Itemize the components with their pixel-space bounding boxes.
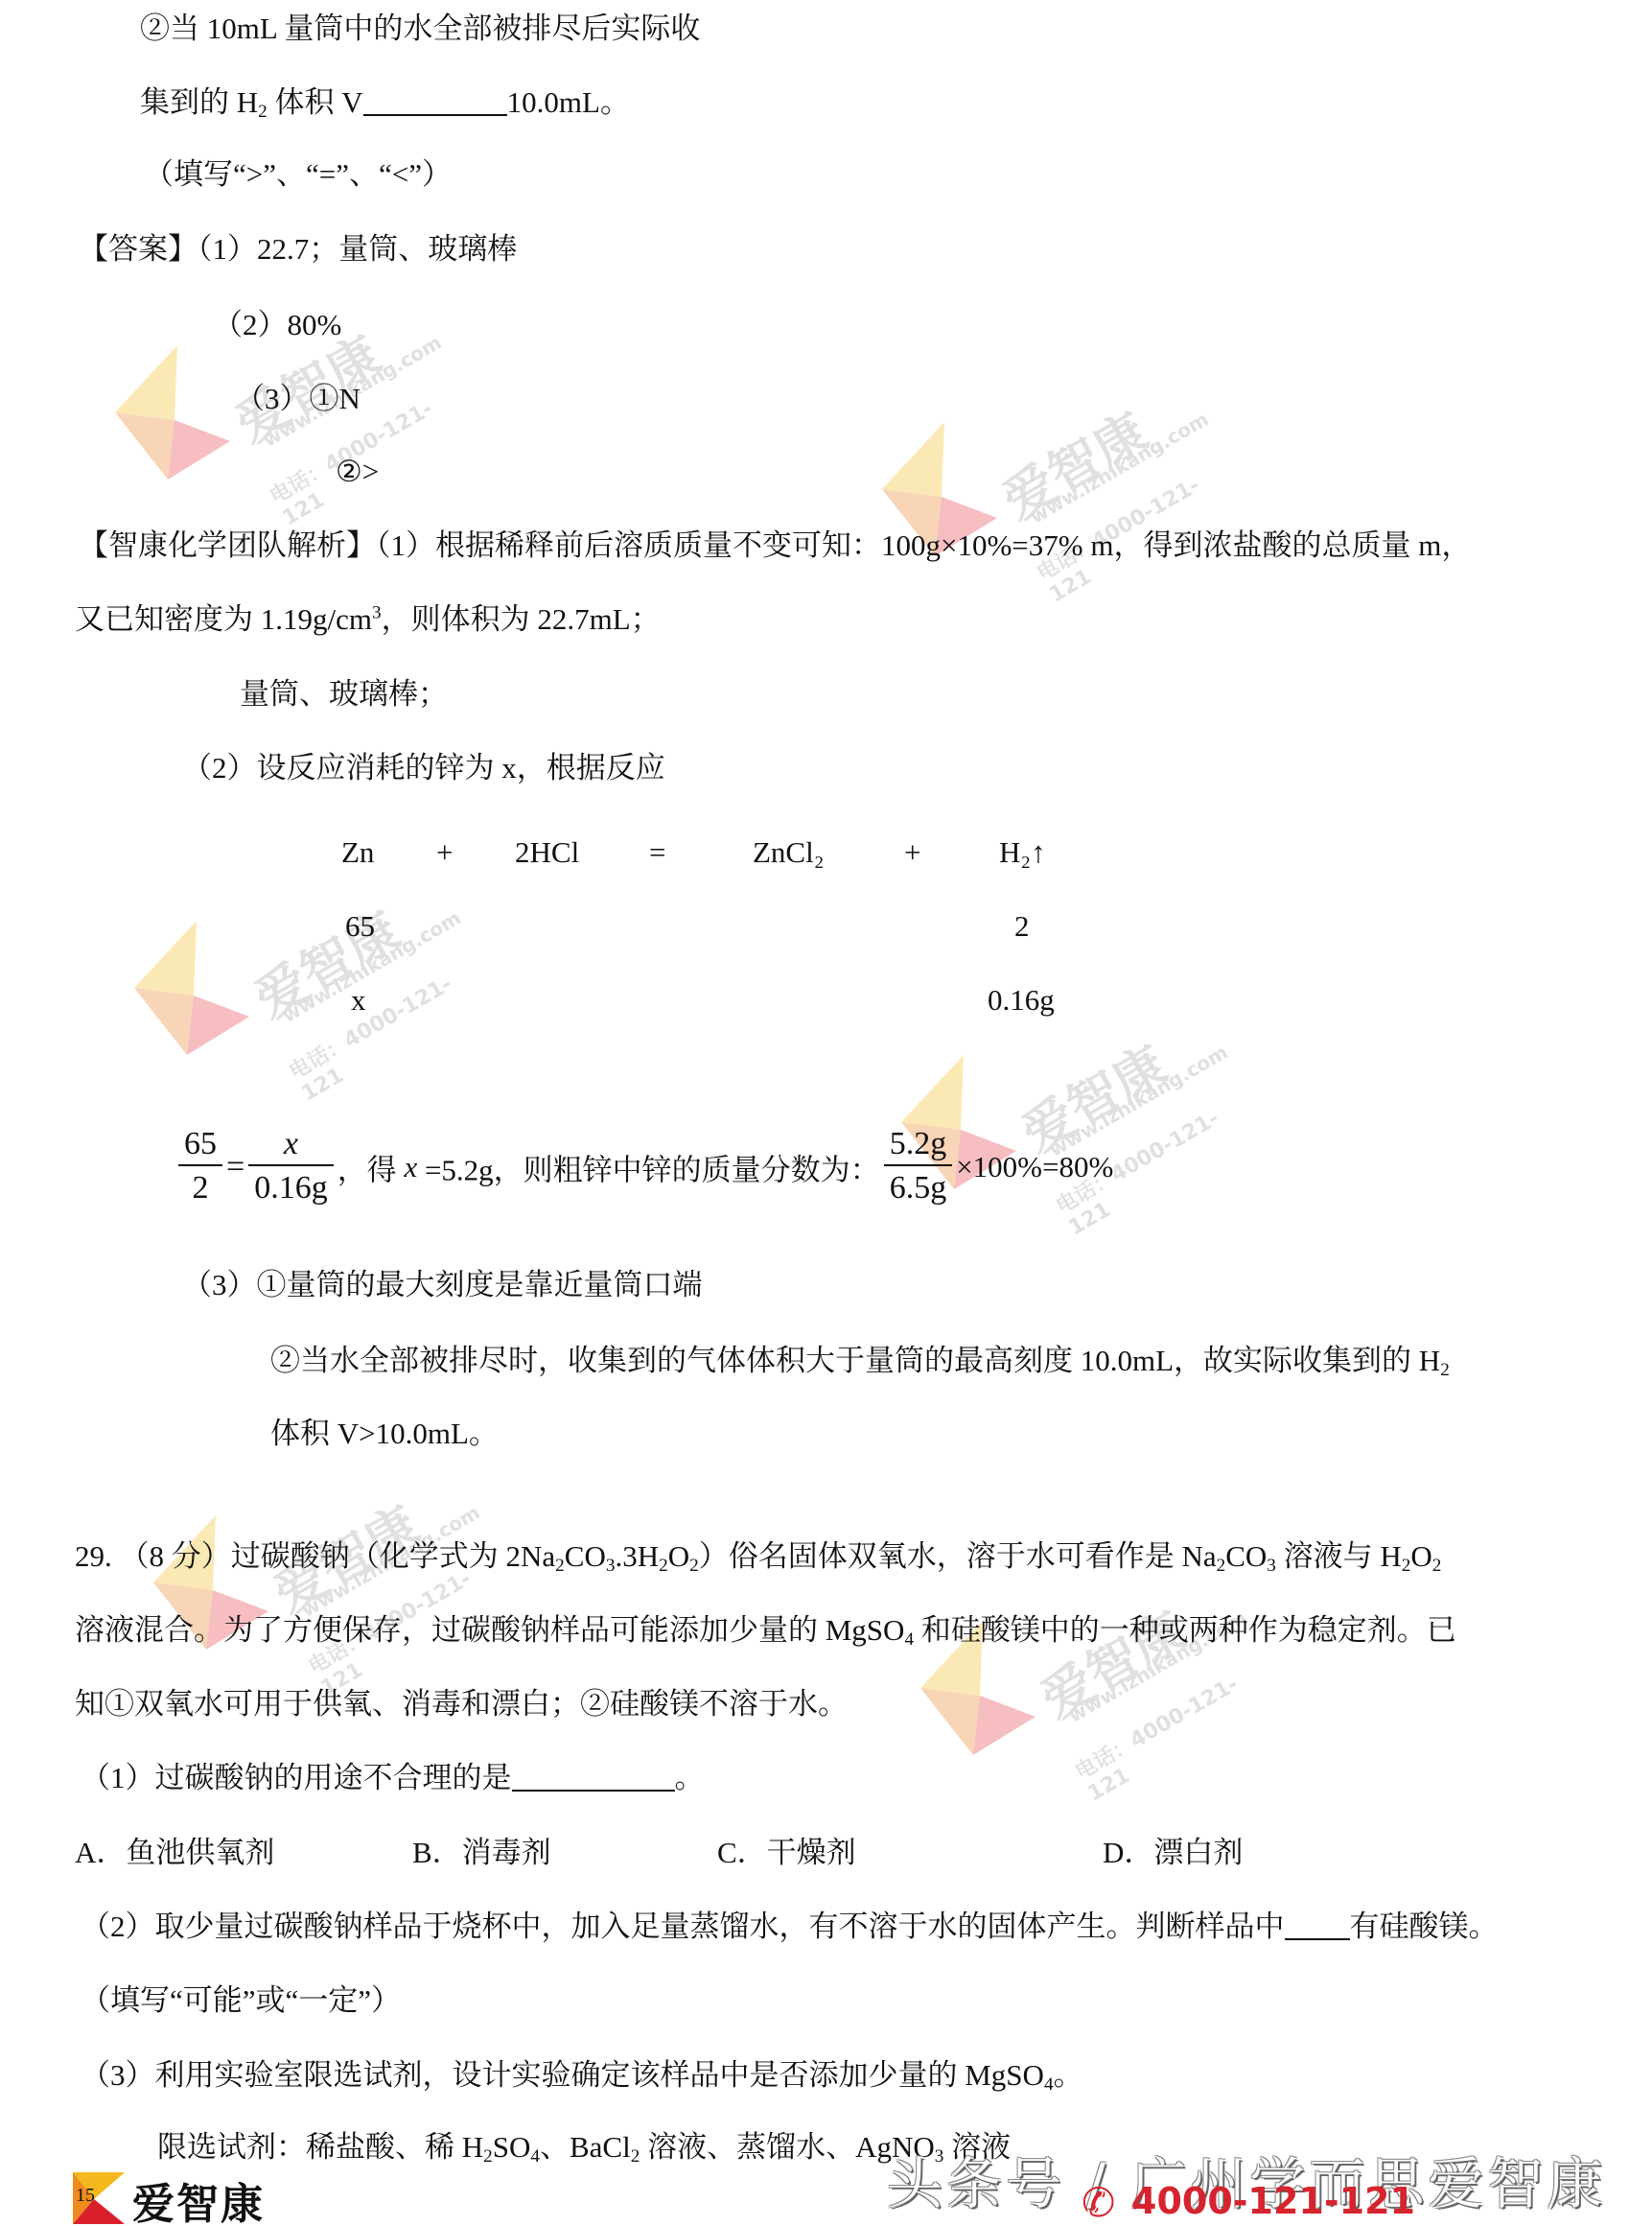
text: 。	[1054, 2058, 1083, 2092]
analysis-p7: 体积 V>10.0mL。	[270, 1415, 499, 1453]
subscript: 2	[631, 2146, 640, 2167]
subscript: 2	[689, 1556, 699, 1576]
page-number: 15	[76, 2185, 95, 2206]
text: O	[668, 1539, 689, 1573]
fraction-x-016: x0.16g	[248, 1124, 334, 1210]
analysis-line1: 【智康化学团队解析】（1）根据稀释前后溶质质量不变可知：100g×10%=37%…	[79, 527, 1471, 565]
text: CO	[565, 1539, 606, 1573]
denominator: 6.5g	[884, 1166, 953, 1210]
analysis-label: 【智康化学团队解析】	[79, 528, 376, 562]
answer-1: （1）22.7；量筒、玻璃棒	[198, 232, 517, 266]
analysis-p4: （2）设反应消耗的锌为 x，根据反应	[182, 749, 665, 787]
q28-line3: （填写“>”、“=”、“<”）	[144, 155, 452, 194]
text: 溶液混合。为了方便保存，过碳酸钠样品可能添加少量的 MgSO	[75, 1613, 904, 1647]
fraction-65-2: 652	[178, 1124, 222, 1210]
analysis-p1: （1）根据稀释前后溶质质量不变可知：100g×10%=37% m，得到浓盐酸的总…	[376, 528, 1471, 562]
numerator: 65	[178, 1124, 222, 1166]
text: .3H	[615, 1539, 659, 1573]
q28-line2: 集到的 H2 体积 V10.0mL。	[140, 83, 630, 122]
subscript: 2	[258, 102, 268, 122]
subscript: 4	[530, 2146, 540, 2167]
eq-unknown-x: x	[351, 981, 366, 1019]
eq-mass-zn: 65	[345, 907, 375, 946]
text: 29. （8 分）过碳酸钠（化学式为 2Na	[75, 1539, 555, 1573]
watermark-brand: 爱智康	[988, 392, 1159, 534]
watermark-site: www.izhikang.com	[1026, 408, 1213, 528]
text: （3）利用实验室限选试剂，设计实验确定该样品中是否添加少量的 MgSO	[81, 2058, 1044, 2092]
subscript: 2	[659, 1556, 668, 1576]
text: ，则体积为 22.7mL；	[382, 602, 661, 636]
subscript: 2	[555, 1556, 565, 1576]
q29-line3: 知①双氧水可用于供氧、消毒和漂白；②硅酸镁不溶于水。	[75, 1685, 848, 1723]
answer-line1: 【答案】（1）22.7；量筒、玻璃棒	[79, 230, 517, 269]
analysis-p5: （3）①量筒的最大刻度是靠近量筒口端	[182, 1266, 703, 1304]
eq-hcl: 2HCl	[515, 833, 579, 872]
text: 集到的 H	[140, 85, 258, 119]
watermark-logo-icon	[115, 345, 240, 480]
text: 和硅酸镁中的一种或两种作为稳定剂。已	[914, 1613, 1456, 1647]
option-c[interactable]: C．干燥剂	[717, 1834, 856, 1872]
ratio-line: 652=x0.16g，得 x =5.2g，则粗锌中锌的质量分数为：5.2g6.5…	[175, 1124, 1113, 1210]
text: ）俗名固体双氧水，溶于水可看作是 Na	[699, 1539, 1217, 1573]
option-b[interactable]: B．消毒剂	[412, 1834, 551, 1872]
numerator: x	[248, 1124, 334, 1166]
answer-blank[interactable]	[512, 1761, 675, 1792]
q29-line2: 溶液混合。为了方便保存，过碳酸钠样品可能添加少量的 MgSO4 和硅酸镁中的一种…	[75, 1611, 1456, 1650]
q29-line1: 29. （8 分）过碳酸钠（化学式为 2Na2CO3.3H2O2）俗名固体双氧水…	[75, 1537, 1441, 1576]
q28-line1: ②当 10mL 量筒中的水全部被排尽后实际收	[140, 10, 700, 48]
option-d[interactable]: D．漂白剂	[1103, 1834, 1243, 1872]
text: CO	[1225, 1539, 1267, 1573]
watermark-6: 爱智康 www.izhikang.com 电话：4000-121-121	[920, 1563, 1266, 1793]
brand-logo-icon: 15	[73, 2172, 125, 2224]
q29-sub2-hint: （填写“可能”或“一定”）	[81, 1981, 401, 2020]
text: O	[1410, 1539, 1431, 1573]
footer-phone: 4000-121-121	[1131, 2180, 1415, 2222]
text: 体积 V	[268, 85, 363, 119]
analysis-line2: 又已知密度为 1.19g/cm3，则体积为 22.7mL；	[75, 600, 661, 639]
eq-mass-h2: 2	[1014, 907, 1030, 946]
eq-equals: =	[649, 833, 665, 872]
text: （2）取少量过碳酸钠样品于烧杯中，加入足量蒸馏水，有不溶于水的固体产生。判断样品…	[81, 1910, 1285, 1943]
subscript: 4	[904, 1629, 914, 1650]
answer-3-1: （3）①N	[235, 380, 361, 418]
text: ×100%=80%	[956, 1150, 1113, 1183]
subscript: 2	[1402, 1556, 1411, 1576]
eq-h2: H₂↑	[999, 833, 1046, 872]
text: 。	[675, 1761, 705, 1794]
q29-reagents: 限选试剂：稀盐酸、稀 H2SO4、BaCl2 溶液、蒸馏水、AgNO3 溶液	[157, 2128, 1011, 2167]
q29-sub1: （1）过碳酸钠的用途不合理的是。	[81, 1759, 705, 1797]
eq-h2-value: 0.16g	[988, 981, 1055, 1019]
text: 、BaCl	[540, 2130, 631, 2164]
text: 10.0mL。	[507, 85, 630, 119]
option-a[interactable]: A．鱼池供氧剂	[75, 1834, 274, 1872]
analysis-p3: 量筒、玻璃棒；	[240, 675, 448, 714]
subscript: 2	[1440, 1360, 1450, 1380]
equals: =	[226, 1149, 244, 1184]
eq-zncl2: ZnCl₂	[753, 833, 825, 872]
denominator: 2	[178, 1166, 222, 1210]
text: 限选试剂：稀盐酸、稀 H	[157, 2130, 483, 2164]
numerator: 5.2g	[884, 1124, 953, 1166]
denominator: 0.16g	[248, 1166, 334, 1210]
q29-sub2: （2）取少量过碳酸钠样品于烧杯中，加入足量蒸馏水，有不溶于水的固体产生。判断样品…	[81, 1908, 1499, 1946]
answer-label: 【答案】	[79, 232, 198, 266]
variable-x: x	[404, 1150, 417, 1183]
text: 溶液与 H	[1276, 1539, 1402, 1573]
subscript: 2	[1432, 1556, 1442, 1576]
text: SO	[493, 2130, 531, 2164]
superscript: 3	[372, 602, 382, 622]
q29-sub3: （3）利用实验室限选试剂，设计实验确定该样品中是否添加少量的 MgSO4。	[81, 2056, 1083, 2095]
answer-blank[interactable]	[363, 85, 507, 116]
text: （1）过碳酸钠的用途不合理的是	[81, 1761, 512, 1794]
watermark-phone: 电话：4000-121-121	[283, 962, 480, 1107]
phone-icon: ✆	[1082, 2179, 1115, 2226]
answer-2: （2）80%	[213, 306, 341, 344]
watermark-3: 爱智康 www.izhikang.com 电话：4000-121-121	[134, 863, 479, 1093]
eq-plus: +	[436, 833, 453, 872]
watermark-brand: 爱智康	[240, 891, 411, 1033]
analysis-p6: ②当水全部被排尽时，收集到的气体体积大于量筒的最高刻度 10.0mL，故实际收集…	[270, 1342, 1450, 1380]
answer-blank[interactable]	[1285, 1910, 1350, 1940]
watermark-phone: 电话：4000-121-121	[1069, 1662, 1267, 1807]
text: ，得	[337, 1154, 405, 1187]
subscript: 2	[483, 2146, 493, 2167]
text: =5.2g，则粗锌中锌的质量分数为：	[417, 1154, 879, 1187]
fraction-52-65: 5.2g6.5g	[884, 1124, 953, 1210]
watermark-logo-icon	[134, 921, 259, 1055]
text: 有硅酸镁。	[1350, 1910, 1499, 1943]
eq-zn: Zn	[341, 833, 374, 872]
footer-brand: 爱智康	[132, 2169, 265, 2226]
subscript: 3	[606, 1556, 616, 1576]
eq-plus: +	[904, 833, 920, 872]
subscript: 2	[1217, 1556, 1226, 1576]
text: ②当水全部被排尽时，收集到的气体体积大于量筒的最高刻度 10.0mL，故实际收集…	[270, 1344, 1440, 1377]
subscript: 4	[1044, 2074, 1054, 2095]
answer-3-2: ②>	[336, 453, 379, 491]
subscript: 3	[1267, 1556, 1276, 1576]
text: 又已知密度为 1.19g/cm	[75, 602, 372, 636]
